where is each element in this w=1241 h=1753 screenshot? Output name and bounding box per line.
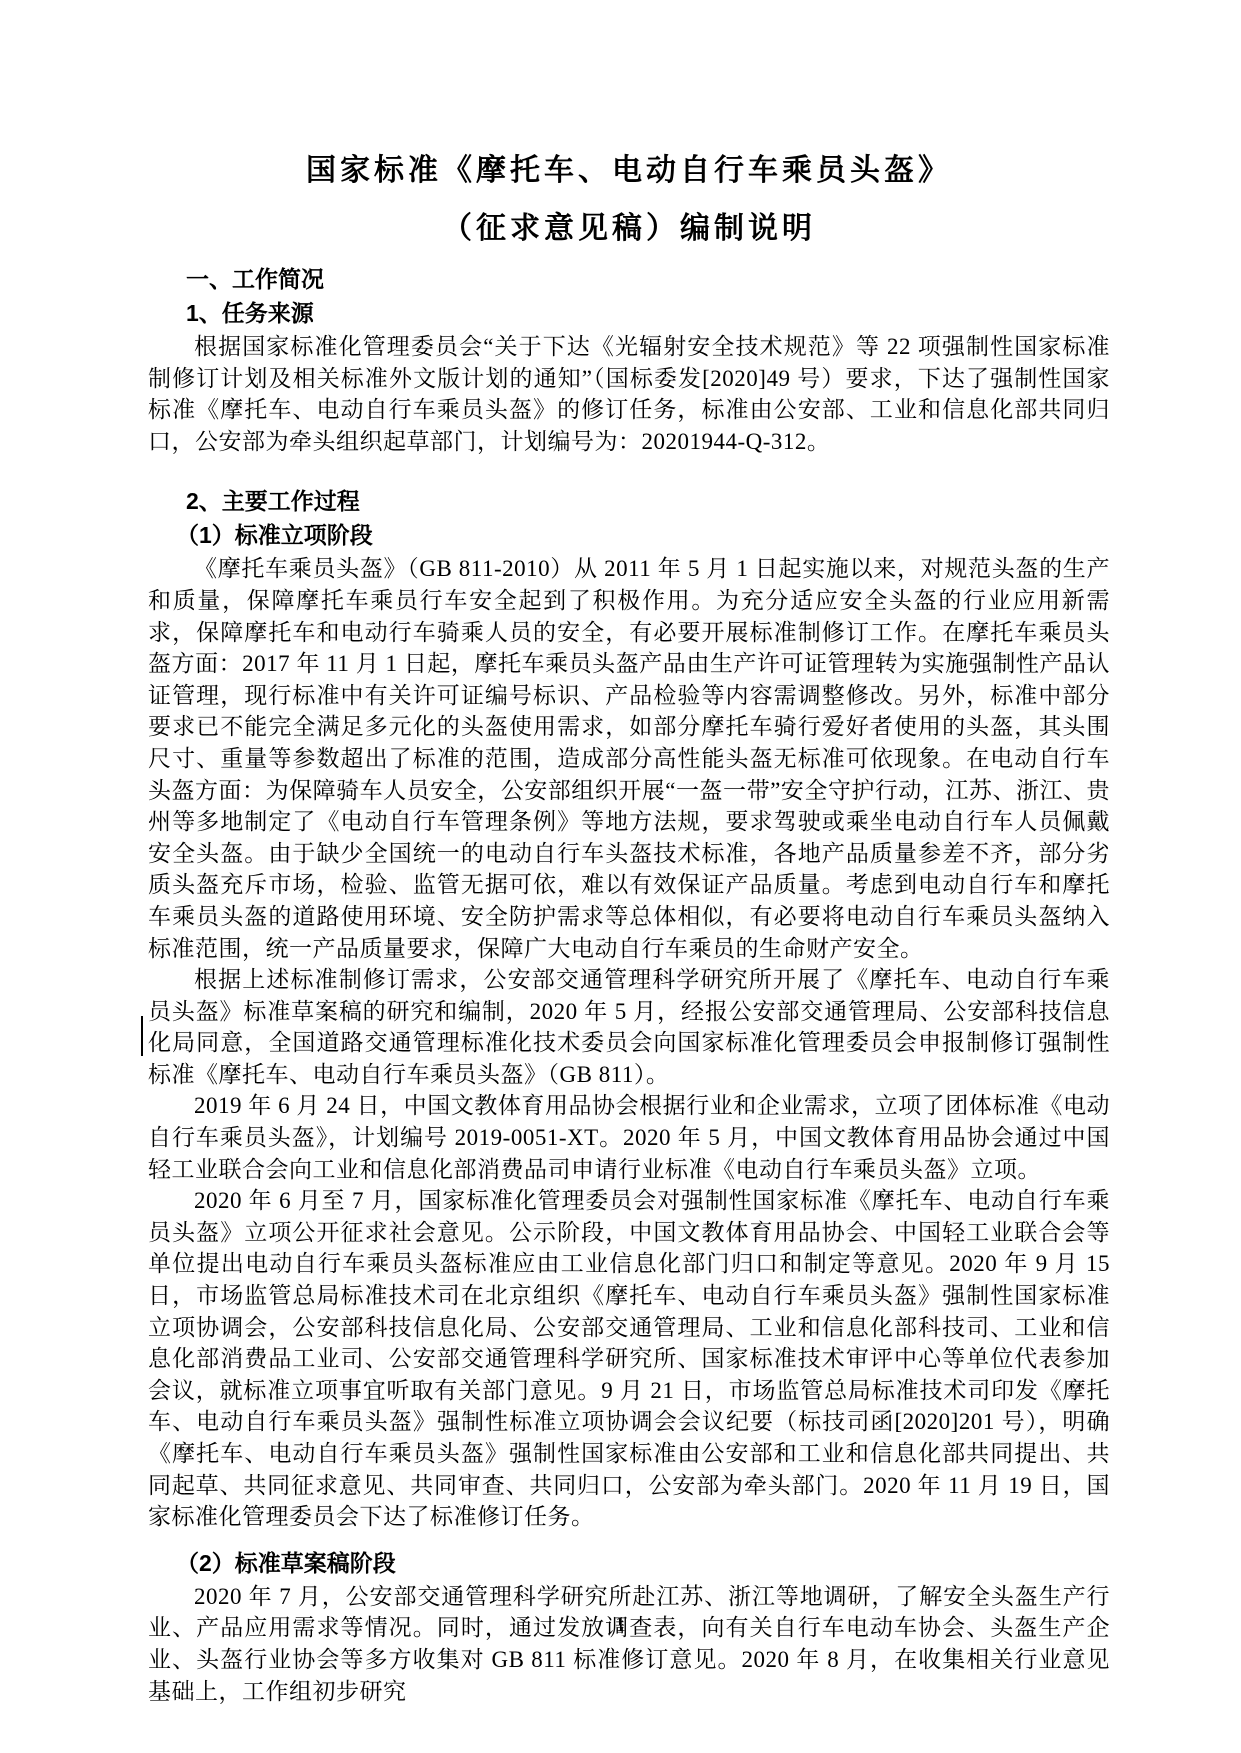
heading-stage1-project-initiation: （1）标准立项阶段 [148, 519, 1110, 551]
document-content: 国家标准《摩托车、电动自行车乘员头盔》 （征求意见稿）编制说明 一、工作简况 1… [148, 0, 1110, 1707]
heading-stage2-draft-stage: （2）标准草案稿阶段 [148, 1547, 1110, 1579]
paragraph-stage1-draft-research: 根据上述标准制修订需求，公安部交通管理科学研究所开展了《摩托车、电动自行车乘员头… [148, 964, 1110, 1090]
paragraph-stage2-survey: 2020 年 7 月，公安部交通管理科学研究所赴江苏、浙江等地调研，了解安全头盔… [148, 1581, 1110, 1707]
heading-work-overview: 一、工作简况 [148, 263, 1110, 295]
paragraph-task-source: 根据国家标准化管理委员会“关于下达《光辐射安全技术规范》等 22 项强制性国家标… [148, 331, 1110, 457]
paragraph-stage1-coordination: 2020 年 6 月至 7 月，国家标准化管理委员会对强制性国家标准《摩托车、电… [148, 1185, 1110, 1533]
revision-change-bar-marker [141, 1016, 143, 1056]
heading-main-work-process: 2、主要工作过程 [148, 485, 1110, 517]
document-title-line2: （征求意见稿）编制说明 [148, 210, 1110, 247]
document-title-line1: 国家标准《摩托车、电动自行车乘员头盔》 [148, 152, 1110, 189]
page-number: 1 [0, 1612, 1241, 1637]
document-page: 国家标准《摩托车、电动自行车乘员头盔》 （征求意见稿）编制说明 一、工作简况 1… [0, 0, 1241, 1753]
heading-task-source: 1、任务来源 [148, 297, 1110, 329]
paragraph-stage1-background: 《摩托车乘员头盔》（GB 811-2010）从 2011 年 5 月 1 日起实… [148, 553, 1110, 964]
paragraph-stage1-association-standard: 2019 年 6 月 24 日，中国文教体育用品协会根据行业和企业需求，立项了团… [148, 1090, 1110, 1185]
